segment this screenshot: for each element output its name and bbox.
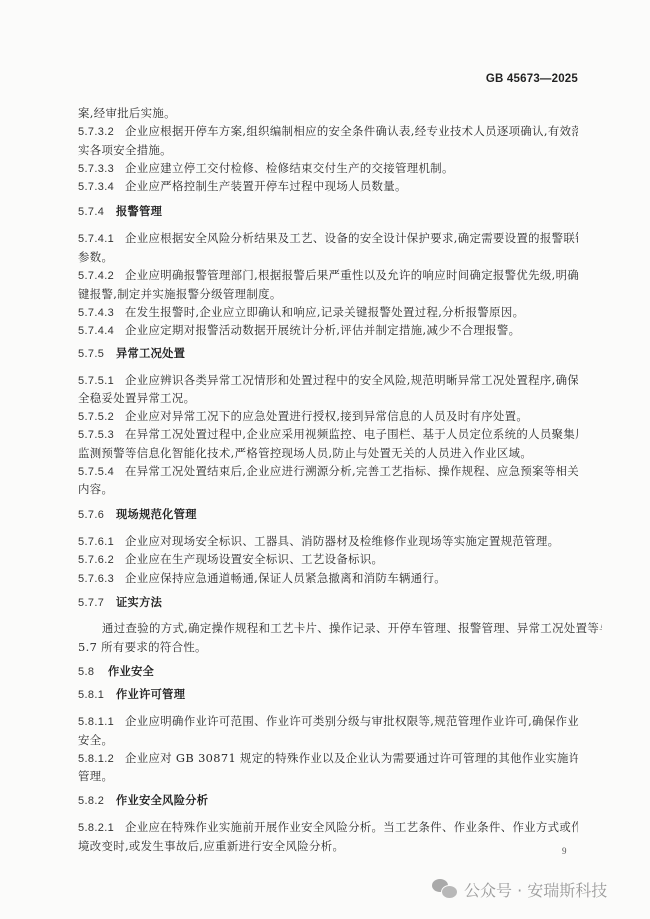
- clause-item: 5.8.1.1企业应明确作业许可范围、作业许可类别分级与审批权限等,规范管理作业…: [78, 713, 578, 730]
- text-continuation: 5.7 所有要求的符合性。: [78, 639, 578, 655]
- clause-text: 监测预警等信息化智能化技术,严格管控现场人员,防止与处置无关的人员进入作业区域。: [78, 446, 532, 460]
- clause-text: 企业应根据安全风险分析结果及工艺、设备的安全设计保护要求,确定需要设置的报警联锁…: [125, 231, 578, 245]
- clause-text: 在发生报警时,企业应立即确认和响应,记录关键报警处置过程,分析报警原因。: [125, 305, 524, 319]
- clause-text: 报警管理: [116, 205, 162, 218]
- clause-text: 作业许可管理: [116, 688, 185, 701]
- clause-text: 在异常工况处置结束后,企业应进行溯源分析,完善工艺指标、操作规程、应急预案等相关: [125, 464, 578, 478]
- text-continuation: 安全。: [78, 732, 578, 748]
- clause-text: 案,经审批后实施。: [78, 106, 176, 120]
- clause-number: 5.8.1.2: [78, 751, 125, 767]
- text-continuation: 全稳妥处置异常工况。: [78, 390, 578, 406]
- clause-item: 5.7.4.3在发生报警时,企业应立即确认和响应,记录关键报警处置过程,分析报警…: [78, 304, 578, 321]
- text-continuation: 实各项安全措施。: [78, 142, 578, 158]
- clause-text: 企业应建立停工交付检修、检修结束交付生产的交接管理机制。: [125, 161, 454, 175]
- clause-text: 通过查验的方式,确定操作规程和工艺卡片、操作记录、开停车管理、报警管理、异常工况…: [102, 621, 602, 635]
- text-continuation: 键报警,制定并实施报警分级管理制度。: [78, 286, 578, 302]
- text-continuation: 境改变时,或发生事故后,应重新进行安全风险分析。: [78, 838, 578, 854]
- clause-text: 5.7 所有要求的符合性。: [78, 640, 207, 654]
- clause-text: 内容。: [78, 482, 113, 496]
- clause-text: 企业应在生产现场设置安全标识、工艺设备标识。: [125, 552, 383, 566]
- clause-item: 5.7.4.4企业应定期对报警活动数据开展统计分析,评估并制定措施,减少不合理报…: [78, 322, 578, 339]
- clause-number: 5.7.6: [78, 507, 116, 523]
- paragraph: 通过查验的方式,确定操作规程和工艺卡片、操作记录、开停车管理、报警管理、异常工况…: [78, 620, 602, 636]
- clause-number: 5.8.2: [78, 793, 116, 809]
- clause-number: 5.7.4.2: [78, 268, 125, 284]
- section-heading: 5.8.2作业安全风险分析: [78, 792, 578, 809]
- clause-number: 5.7.6.3: [78, 571, 125, 587]
- clause-item: 5.7.5.1企业应辨识各类异常工况情形和处置过程中的安全风险,规范明晰异常工况…: [78, 372, 578, 389]
- clause-number: 5.7.5.3: [78, 427, 125, 443]
- clause-text: 管理。: [78, 769, 113, 783]
- clause-number: 5.7.5.4: [78, 464, 125, 480]
- section-heading: 5.7.7证实方法: [78, 594, 578, 611]
- clause-text: 异常工况处置: [116, 347, 185, 360]
- clause-text: 境改变时,或发生事故后,应重新进行安全风险分析。: [78, 839, 344, 853]
- clause-text: 企业应严格控制生产装置开停车过程中现场人员数量。: [125, 179, 407, 193]
- clause-text: 企业应保持应急通道畅通,保证人员紧急撤离和消防车辆通行。: [125, 571, 446, 585]
- clause-item: 5.7.5.4在异常工况处置结束后,企业应进行溯源分析,完善工艺指标、操作规程、…: [78, 463, 578, 480]
- clause-number: 5.7.6.2: [78, 552, 125, 568]
- clause-item: 5.7.3.4企业应严格控制生产装置开停车过程中现场人员数量。: [78, 178, 578, 195]
- clause-text: 参数。: [78, 250, 113, 264]
- page-number: 9: [562, 846, 567, 856]
- clause-text: 作业安全风险分析: [116, 794, 208, 807]
- watermark: 公众号 · 安瑞斯科技: [432, 876, 607, 902]
- section-heading: 5.8.1作业许可管理: [78, 686, 578, 703]
- section-heading: 5.7.5异常工况处置: [78, 345, 578, 362]
- clause-item: 5.7.3.2企业应根据开停车方案,组织编制相应的安全条件确认表,经专业技术人员…: [78, 123, 578, 140]
- clause-text: 全稳妥处置异常工况。: [78, 391, 195, 405]
- clause-text: 企业应在特殊作业实施前开展作业安全风险分析。当工艺条件、作业条件、作业方式或作业…: [125, 820, 578, 834]
- clause-text: 作业安全: [108, 665, 154, 678]
- clause-number: 5.7.5.2: [78, 409, 125, 425]
- watermark-text: 公众号 · 安瑞斯科技: [464, 878, 607, 901]
- clause-number: 5.7.5: [78, 346, 116, 362]
- clause-item: 5.7.6.1企业应对现场安全标识、工器具、消防器材及检维修作业现场等实施定置规…: [78, 533, 578, 550]
- standard-code-header: GB 45673—2025: [486, 73, 578, 85]
- clause-item: 5.7.5.2企业应对异常工况下的应急处置进行授权,接到异常信息的人员及时有序处…: [78, 408, 578, 425]
- clause-text: 现场规范化管理: [116, 508, 197, 521]
- clause-number: 5.7.3.2: [78, 124, 125, 140]
- clause-item: 5.7.3.3企业应建立停工交付检修、检修结束交付生产的交接管理机制。: [78, 160, 578, 177]
- text-continuation: 内容。: [78, 481, 578, 497]
- clause-text: 企业应辨识各类异常工况情形和处置过程中的安全风险,规范明晰异常工况处置程序,确保…: [125, 373, 578, 387]
- clause-number: 5.7.4.1: [78, 231, 125, 247]
- clause-number: 5.7.6.1: [78, 534, 125, 550]
- document-page: GB 45673—2025 案,经审批后实施。5.7.3.2企业应根据开停车方案…: [0, 0, 650, 919]
- wechat-icon: [432, 878, 458, 900]
- clause-text: 企业应根据开停车方案,组织编制相应的安全条件确认表,经专业技术人员逐项确认,有效…: [125, 124, 578, 138]
- clause-text: 企业应定期对报警活动数据开展统计分析,评估并制定措施,减少不合理报警。: [125, 323, 520, 337]
- section-heading: 5.8作业安全: [78, 663, 578, 680]
- text-continuation: 监测预警等信息化智能化技术,严格管控现场人员,防止与处置无关的人员进入作业区域。: [78, 445, 578, 461]
- clause-number: 5.8.1.1: [78, 714, 125, 730]
- clause-number: 5.7.4: [78, 204, 116, 220]
- clause-number: 5.7.7: [78, 595, 116, 611]
- clause-text: 在异常工况处置过程中,企业应采用视频监控、电子围栏、基于人员定位系统的人员聚集风…: [125, 427, 578, 441]
- clause-number: 5.7.5.1: [78, 373, 125, 389]
- text-continuation: 案,经审批后实施。: [78, 105, 578, 121]
- clause-number: 5.7.3.4: [78, 179, 125, 195]
- clause-text: 企业应对 GB 30871 规定的特殊作业以及企业认为需要通过许可管理的其他作业…: [125, 751, 578, 765]
- clause-item: 5.8.1.2企业应对 GB 30871 规定的特殊作业以及企业认为需要通过许可…: [78, 750, 578, 767]
- section-heading: 5.7.6现场规范化管理: [78, 506, 578, 523]
- clause-text: 企业应对现场安全标识、工器具、消防器材及检维修作业现场等实施定置规范管理。: [125, 534, 559, 548]
- text-continuation: 管理。: [78, 768, 578, 784]
- clause-text: 企业应明确报警管理部门,根据报警后果严重性以及允许的响应时间确定报警优先级,明确…: [125, 268, 578, 282]
- clause-item: 5.7.4.2企业应明确报警管理部门,根据报警后果严重性以及允许的响应时间确定报…: [78, 267, 578, 284]
- clause-number: 5.8.2.1: [78, 820, 125, 836]
- clause-text: 证实方法: [116, 596, 162, 609]
- clause-item: 5.7.5.3在异常工况处置过程中,企业应采用视频监控、电子围栏、基于人员定位系…: [78, 426, 578, 443]
- clause-item: 5.7.6.2企业应在生产现场设置安全标识、工艺设备标识。: [78, 551, 578, 568]
- text-continuation: 参数。: [78, 249, 578, 265]
- clause-item: 5.7.6.3企业应保持应急通道畅通,保证人员紧急撤离和消防车辆通行。: [78, 570, 578, 587]
- clause-number: 5.7.3.3: [78, 161, 125, 177]
- clause-number: 5.7.4.4: [78, 323, 125, 339]
- clause-number: 5.8: [78, 664, 108, 680]
- clause-text: 实各项安全措施。: [78, 143, 172, 157]
- clause-text: 安全。: [78, 733, 113, 747]
- clause-text: 企业应明确作业许可范围、作业许可类别分级与审批权限等,规范管理作业许可,确保作业: [125, 714, 578, 728]
- clause-text: 键报警,制定并实施报警分级管理制度。: [78, 287, 282, 301]
- clause-number: 5.8.1: [78, 687, 116, 703]
- clause-text: 企业应对异常工况下的应急处置进行授权,接到异常信息的人员及时有序处置。: [125, 409, 528, 423]
- clause-item: 5.8.2.1企业应在特殊作业实施前开展作业安全风险分析。当工艺条件、作业条件、…: [78, 819, 578, 836]
- section-heading: 5.7.4报警管理: [78, 203, 578, 220]
- clause-item: 5.7.4.1企业应根据安全风险分析结果及工艺、设备的安全设计保护要求,确定需要…: [78, 230, 578, 247]
- clause-number: 5.7.4.3: [78, 305, 125, 321]
